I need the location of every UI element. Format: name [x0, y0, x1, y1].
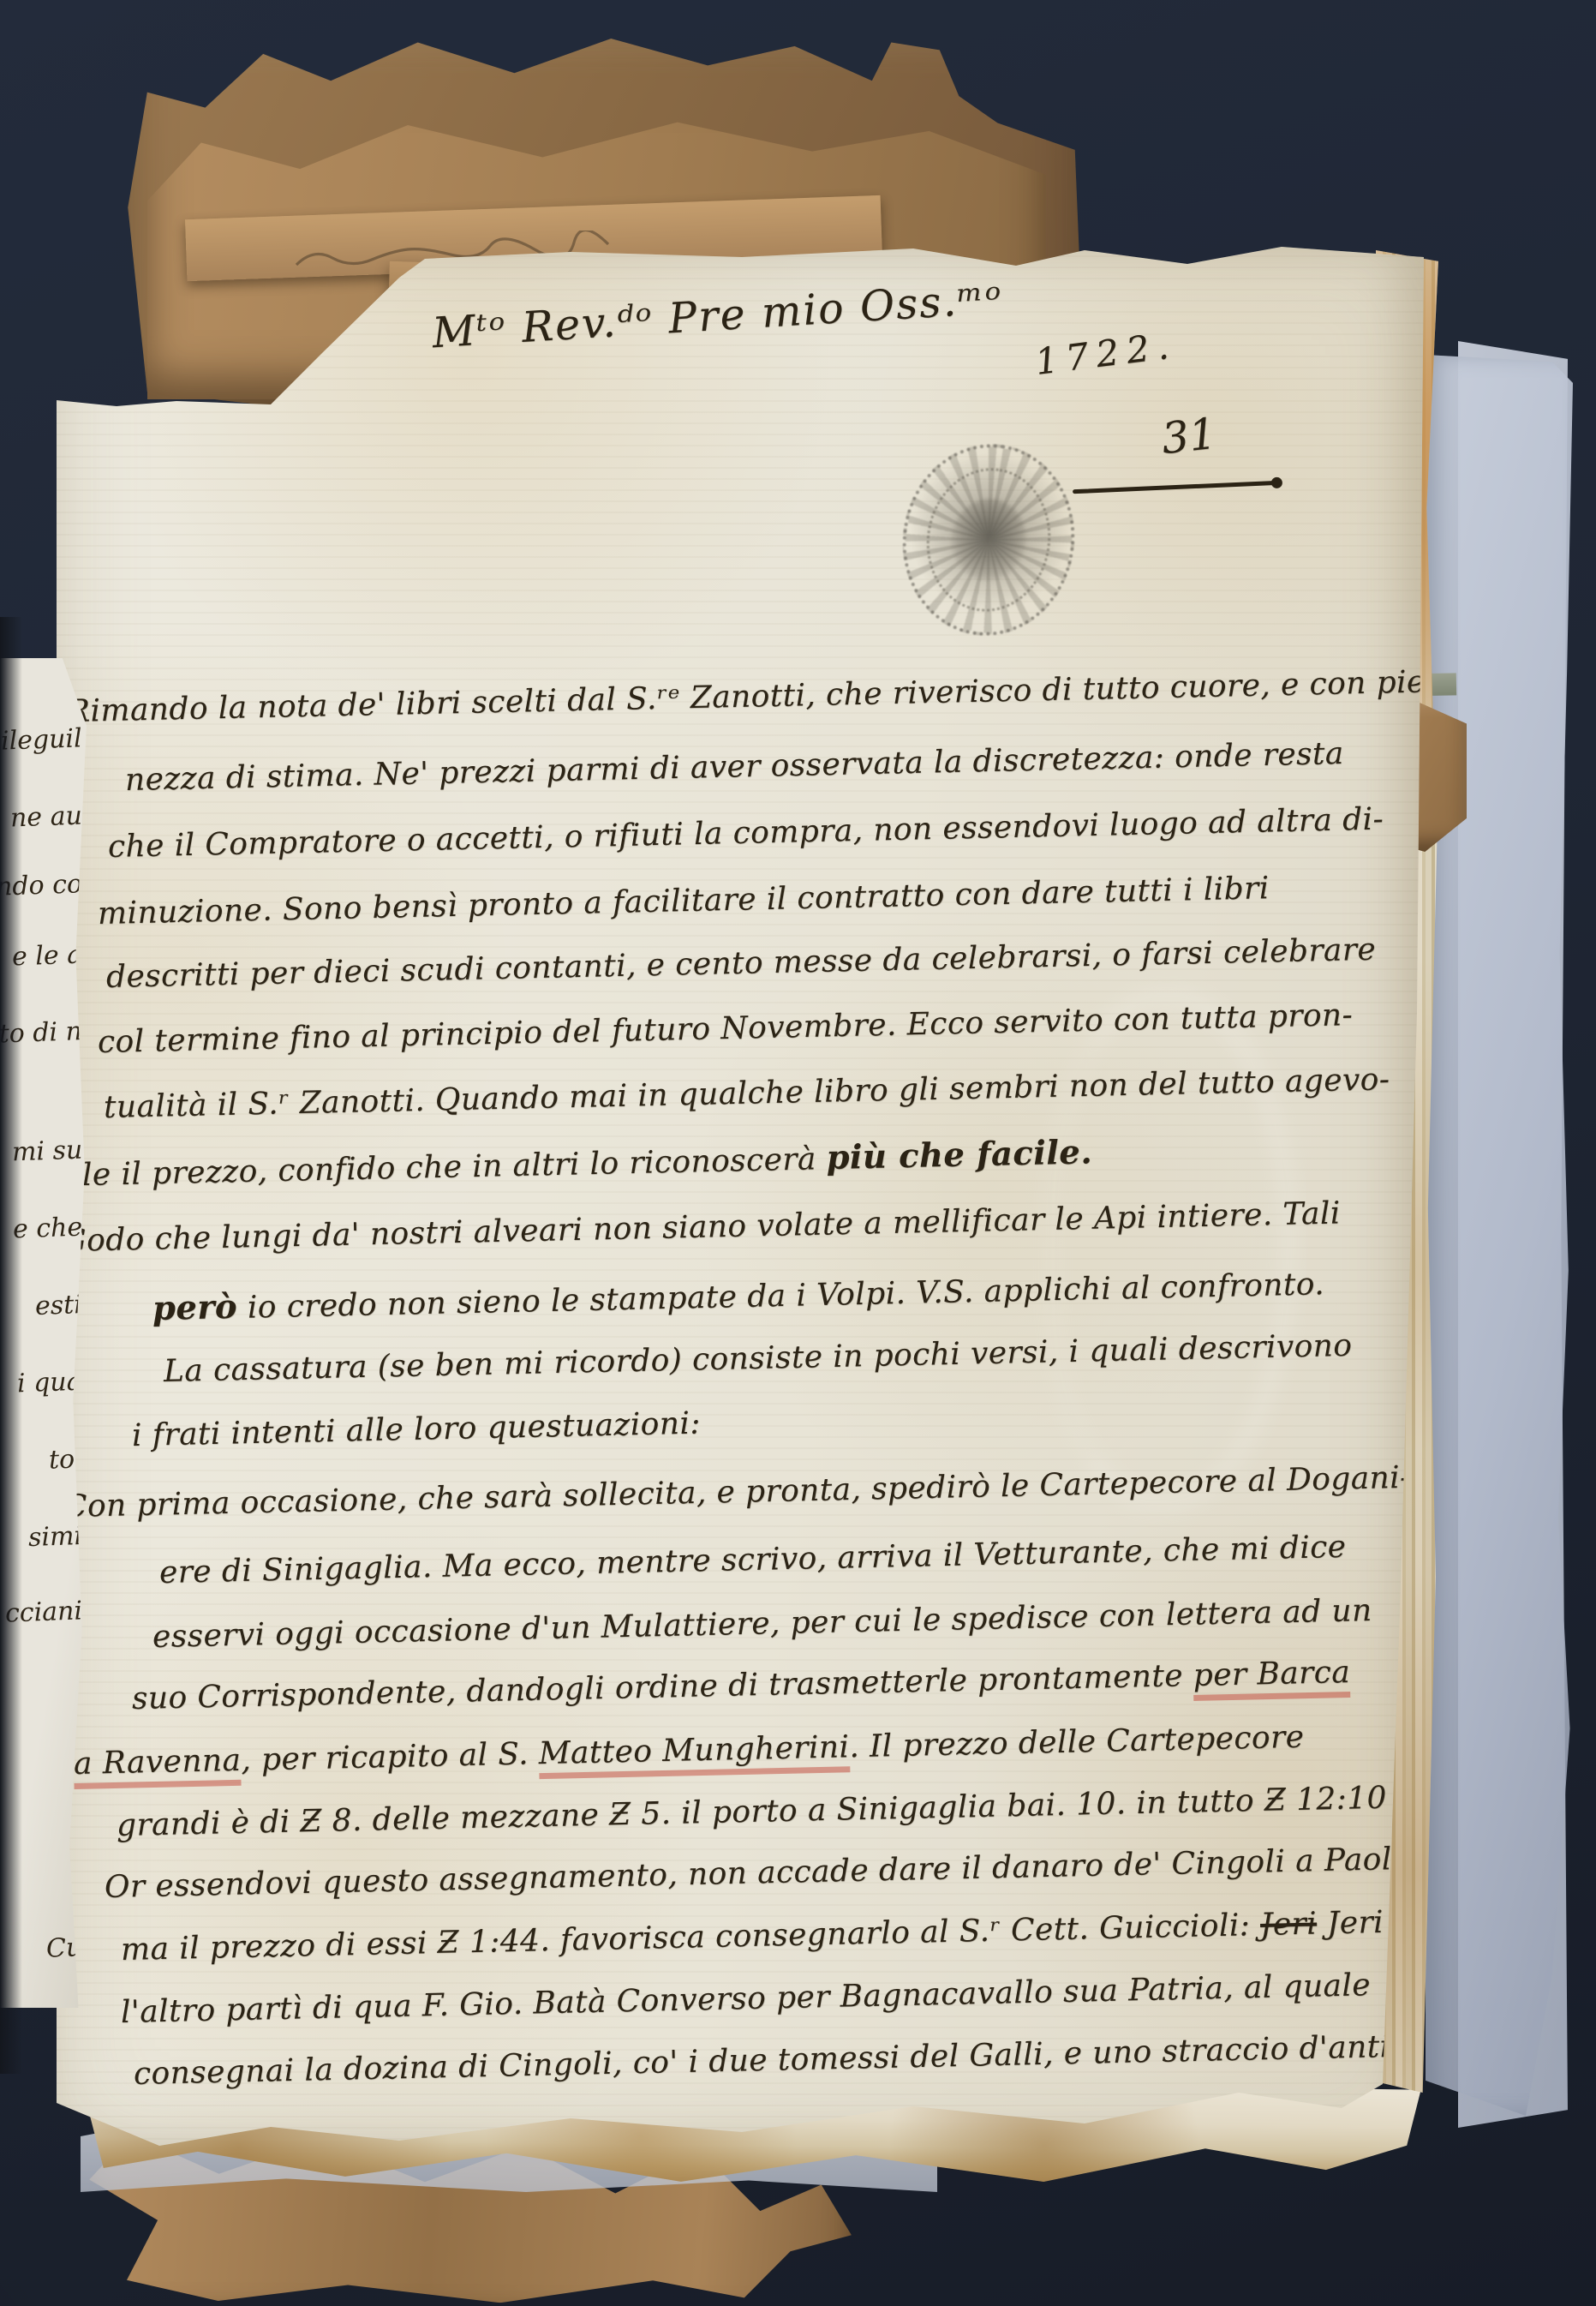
fragment-text: simi [27, 1521, 82, 1553]
year: 1722. [1033, 324, 1179, 383]
manuscript-line: ma il prezzo di essi Ƶ 1:44. favorisca c… [121, 1905, 1384, 1968]
manuscript-line: a Ravenna, per ricapito al S. Matteo Mun… [74, 1720, 1305, 1782]
fragment-text: i qua [17, 1367, 83, 1399]
manuscript-line: che il Compratore o accetti, o rifiuti l… [108, 802, 1384, 865]
round-ink-stamp-icon [889, 432, 1089, 649]
manuscript-line: descritti per dieci scudi contanti, e ce… [106, 932, 1377, 995]
manuscript-line: minuzione. Sono bensì pronto a facilitar… [98, 871, 1270, 931]
folio-underline [1073, 481, 1280, 494]
struck-through-word: Jeri [1260, 1907, 1318, 1943]
tissue-interleaf [1426, 355, 1573, 2116]
manuscript-page: Mᵗᵒ Rev.ᵈᵒ Pre mio Oss.ᵐᵒ 1722. 31 Riman… [57, 242, 1424, 2151]
archival-photo: { "photo": { "background_color": "#20283… [0, 0, 1596, 2306]
book-spine-shadow [0, 617, 22, 2074]
manuscript-line: suo Corrispondente, dandogli ordine di t… [132, 1655, 1351, 1716]
red-underlined-text: per Barca [1193, 1655, 1350, 1701]
manuscript-line: grandi è di Ƶ 8. delle mezzane Ƶ 5. il p… [117, 1781, 1388, 1843]
manuscript-line: esservi oggi occasione d'un Mulattiere, … [152, 1593, 1372, 1655]
manuscript-line: nezza di stima. Ne' prezzi parmi di aver… [125, 736, 1345, 798]
manuscript-line: Rimando la nota de' libri scelti dal S.ʳ… [67, 664, 1437, 729]
manuscript-line: le il prezzo, confido che in altri lo ri… [82, 1133, 1093, 1194]
manuscript-line: l'altro partì di qua F. Gio. Batà Conver… [121, 1968, 1372, 2030]
red-underlined-text: Matteo Mungherini [538, 1729, 850, 1779]
manuscript-line: Or essendovi questo assegnamento, non ac… [105, 1841, 1453, 1905]
manuscript-line: Con prima occasione, che sarà sollecita,… [63, 1460, 1412, 1524]
folio-number: 31 [1159, 409, 1218, 464]
fragment-text: esti [35, 1290, 83, 1321]
manuscript-line: ere di Sinigaglia. Ma ecco, mentre scriv… [159, 1530, 1347, 1590]
red-underlined-text: a Ravenna [74, 1743, 242, 1789]
fragment-text: e che [12, 1213, 82, 1245]
manuscript-line: consegnai la dozina di Cingoli, co' i du… [134, 2027, 1497, 2092]
salutation: Mᵗᵒ Rev.ᵈᵒ Pre mio Oss.ᵐᵒ [431, 274, 1004, 358]
manuscript-line: i frati intenti alle loro questuazioni: [132, 1406, 702, 1453]
